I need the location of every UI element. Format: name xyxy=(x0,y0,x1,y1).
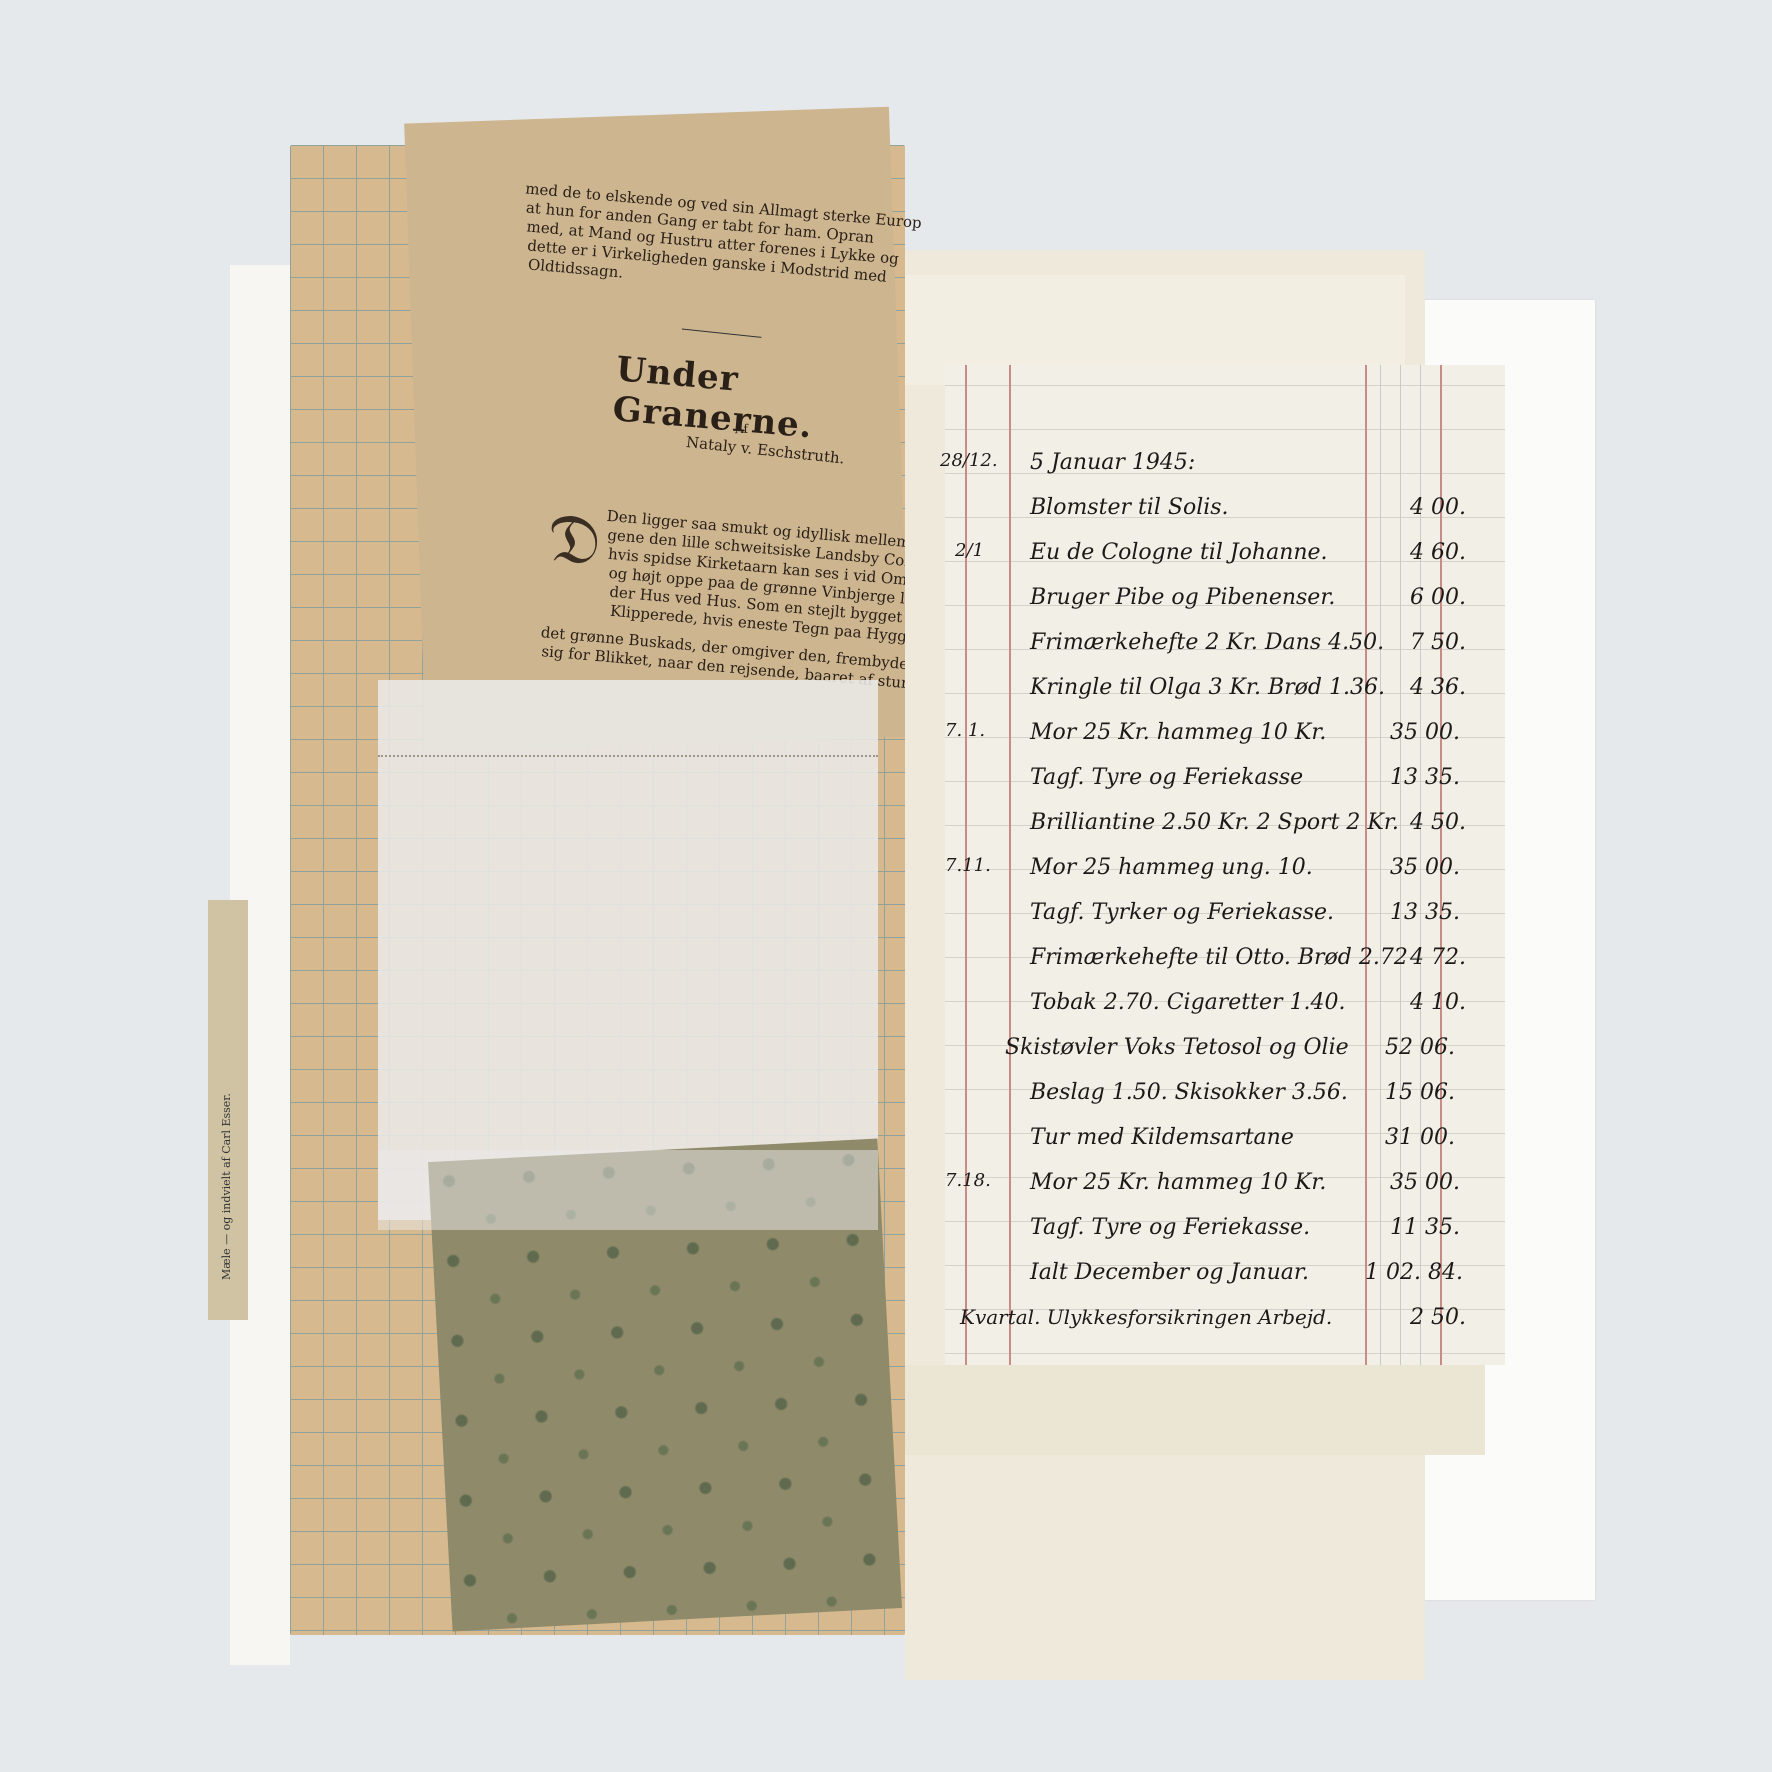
pocket-stitching xyxy=(378,755,878,757)
grid-rule xyxy=(1380,365,1381,1365)
ledger-sheet: 28/12.5 Januar 1945: Blomster til Solis.… xyxy=(945,365,1505,1365)
vellum-strip xyxy=(378,1150,878,1230)
torn-paper-bottom xyxy=(905,1365,1485,1455)
article-title: Under Granerne. xyxy=(611,349,902,454)
side-clipping-strip: Mæle — og indvielt af Carl Esser. xyxy=(208,900,248,1320)
divider xyxy=(682,329,762,338)
vellum-pocket[interactable] xyxy=(378,680,878,1220)
clipping-top-text: med de to elskende og ved sin Allmagt st… xyxy=(526,166,927,275)
red-rule-2 xyxy=(1009,365,1011,1365)
byline-prefix: Af xyxy=(735,422,748,436)
newspaper-clipping: med de to elskende og ved sin Allmagt st… xyxy=(404,107,911,754)
side-strip-text: Mæle — og indvielt af Carl Esser. xyxy=(220,1093,233,1280)
red-rule-3 xyxy=(1365,365,1367,1365)
